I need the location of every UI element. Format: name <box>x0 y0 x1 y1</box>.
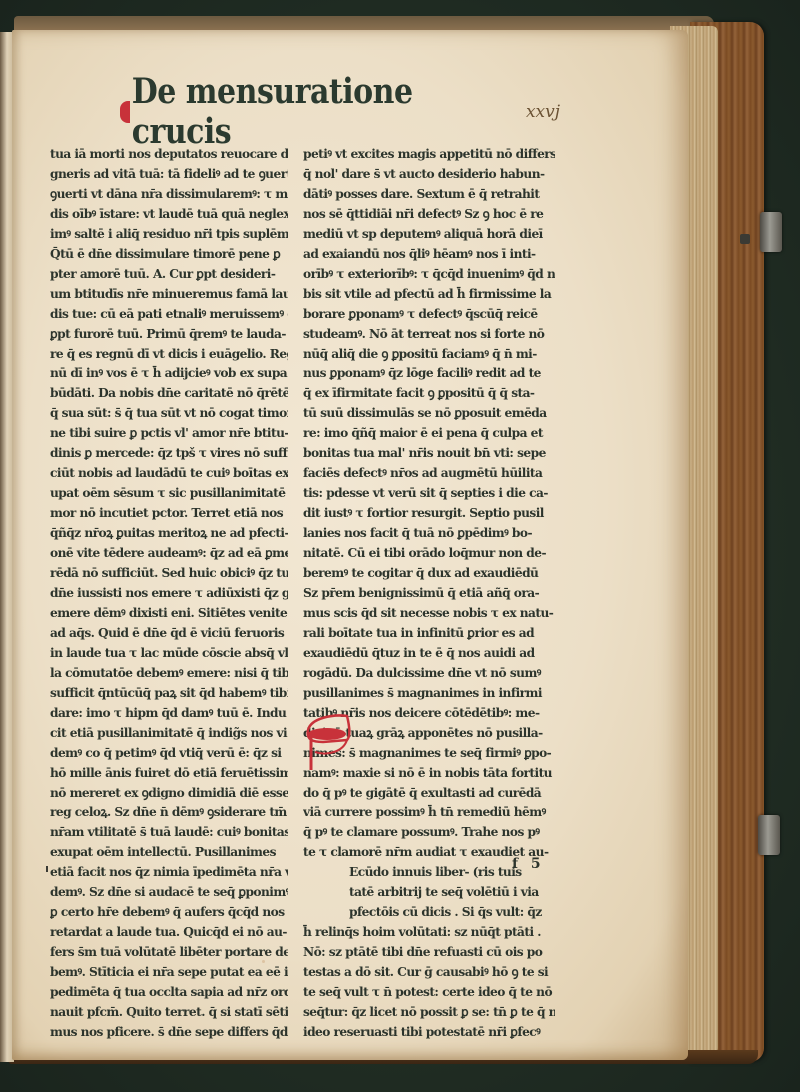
text-line: nauit pfcm̄. Quito terret. q̄ si statī s… <box>50 1003 288 1023</box>
text-line: fers s̄m tuā volūtatē libēter portare de… <box>50 943 288 963</box>
text-line: ad aq̄s. Quid ē dn̄e q̄d ē viciū feruori… <box>50 624 288 644</box>
text-line: mus scis q̄d sit necesse nobis τ ex natu… <box>303 604 555 624</box>
text-line: faciēs defectꝰ nr̄os ad augmētū hūilita <box>303 464 555 484</box>
text-line: tatē arbitrij te seq̄ volētiū i via <box>303 883 555 903</box>
text-line: nō mereret ex ꝯdigno dimidiā diē esse i <box>50 784 288 804</box>
text-line: dis tue: cū eā pati etnaliꝰ meruissemꝰ e… <box>50 305 288 325</box>
text-line: q̄ ex īfirmitate facit ꝯ ꝑpositū q̄ q̄ s… <box>303 384 555 404</box>
text-line: seq̄tur: q̄z licet nō possit ꝑ se: tn̄ ꝑ… <box>303 1003 555 1023</box>
text-line: lanies nos facit q̄ tuā nō ꝑpēdimꝰ bo- <box>303 524 555 544</box>
text-line: dn̄e iussisti nos emere τ adiūxisti q̄z … <box>50 584 288 604</box>
clasp-pin-icon <box>740 234 750 244</box>
signature-mark: f 5 <box>512 856 545 872</box>
text-line: te seq̄ vult τ n̄ potest: certe ideo q̄ … <box>303 983 555 1003</box>
text-line: q̄ sua sūt: s̄ q̄ tua sūt vt nō cogat ti… <box>50 404 288 424</box>
text-line: beremꝰ te cogitar q̄ dux ad exaudiēdū <box>303 564 555 584</box>
text-line: retardat a laude tua. Quicq̄d ei nō au- <box>50 923 288 943</box>
book-cover-top-edge <box>14 16 714 30</box>
text-line: do q̄ pꝰ te gigātē q̄ exultasti ad curēd… <box>303 784 555 804</box>
text-line: la cōmutatōe debemꝰ emere: nisi q̄ tibi <box>50 664 288 684</box>
text-line: pusillanimes s̄ magnanimes in infirmi <box>303 684 555 704</box>
text-line: rēdā nō sufficiūt. Sed huic obiciꝰ q̄z t… <box>50 564 288 584</box>
text-column-right: petiꝰ vt excites magis appetitū nō diffe… <box>303 145 555 1043</box>
text-line: tis: pdesse vt verū sit q̄ septies i die… <box>303 484 555 504</box>
text-line: reg celoꝝ. Sz dn̄e n̄ dēmꝰ ꝯsiderare tm̄ <box>50 803 288 823</box>
text-line: exupat oēm intellectū. Pusillanimes <box>50 843 288 863</box>
text-line: ꝑ certo hr̄e debemꝰ q̄ aufers q̄cq̄d nos <box>50 903 288 923</box>
text-line: nr̄am vtilitatē s̄ tuā laudē: cuiꝰ bonit… <box>50 823 288 843</box>
text-line: exaudiēdū q̄tuz in te ē q̄ nos auidi ad <box>303 644 555 664</box>
text-line: Sz pr̄em benignissimū q̄ etiā añq̄ ora- <box>303 584 555 604</box>
text-line: mus nos pficere. s̄ dn̄e sepe differs q̄… <box>50 1023 288 1043</box>
red-initial-s-icon <box>303 712 353 772</box>
text-line: hō mille ānis fuiret dō etiā feruētissim… <box>50 764 288 784</box>
text-line: nos sē q̄ttidiāi nr̄i defectꝰ Sz ꝯ hoc ē… <box>303 205 555 225</box>
text-line: petiꝰ vt excites magis appetitū nō diffe… <box>303 145 555 165</box>
text-line: um btitudīs nr̄e minueremus famā lau <box>50 285 288 305</box>
ink-mark <box>46 866 48 872</box>
text-line: h̄ relinq̄s hoim volūtati: sz nūq̄t ptāt… <box>303 923 555 943</box>
text-line: gneris ad vitā tuā: tā fideliꝰ ad te ꝯue… <box>50 165 288 185</box>
text-line: cit etiā pusillanimitatē q̄ indig̃s nos … <box>50 724 288 744</box>
text-line: orībꝰ τ exteriorībꝰ: τ q̄cq̄d inuenimꝰ q… <box>303 265 555 285</box>
text-line: q̄ pꝰ te clamare possumꝰ. Trahe nos pꝰ <box>303 823 555 843</box>
text-line: borare ꝑponamꝰ τ defectꝰ q̄scūq̄ reicē <box>303 305 555 325</box>
text-line: demꝰ co q̄ petimꝰ q̄d vtiq̄ verū ē: q̄z … <box>50 744 288 764</box>
text-line: nitatē. Cū ei tibi orādo loq̄mur non de- <box>303 544 555 564</box>
text-line: nus ꝑponamꝰ q̄z lōge faciliꝰ redit ad te <box>303 364 555 384</box>
text-line: mediū vt sp deputemꝰ aliquā horā dieī <box>303 225 555 245</box>
text-line: nū dī inꝰ vos ē τ h̄ adijcieꝰ vob ex sup… <box>50 364 288 384</box>
text-line: dis oībꝰ īstare: vt laudē tuā quā neglex <box>50 205 288 225</box>
text-line: dinis ꝑ mercede: q̄z tpš τ vires nō suff… <box>50 444 288 464</box>
text-line: onē vite tēdere audeamꝰ: q̄z ad eā ꝑme <box>50 544 288 564</box>
text-column-left: tua iā morti nos deputatos reuocare dign… <box>50 145 288 1043</box>
clasp-bottom-icon <box>758 815 780 855</box>
text-line: q̄ nol' dare s̄ vt aucto desiderio habun… <box>303 165 555 185</box>
text-line: upat oēm sēsum τ sic pusillanimitatē ti- <box>50 484 288 504</box>
text-line: viā currere possimꝰ h̄ tn̄ remediū hēmꝰ <box>303 803 555 823</box>
text-line: Q̄tū ē dn̄e dissimulare timorē pene ꝑ <box>50 245 288 265</box>
rubric-mark-icon <box>120 101 130 123</box>
text-line: pter amorē tuū. A. Cur ꝑpt desideri- <box>50 265 288 285</box>
text-line: re q̄ es regnū dī vt dicis i euāgelio. R… <box>50 345 288 365</box>
text-line: bis sit vtile ad pfectū ad h̄ firmissime… <box>303 285 555 305</box>
text-line: imꝰ saltē i aliq̄ residuo nr̄i tpis supl… <box>50 225 288 245</box>
page-heading: De mensuratione crucis xxvj <box>120 88 560 136</box>
text-line: nūq̄ aliq̄ die ꝯ ꝑpositū faciamꝰ q̄ n̄ m… <box>303 345 555 365</box>
text-line: ꝯuerti vt dāna nr̄a dissimularemꝰ: τ mo <box>50 185 288 205</box>
text-line: ne tibi suire ꝑ pctis vl' amor nr̄e btit… <box>50 424 288 444</box>
text-line: dare: imo τ hipm q̄d damꝰ tuū ē. Indu <box>50 704 288 724</box>
illuminated-initial <box>303 712 353 770</box>
clasp-top-icon <box>760 212 782 252</box>
text-line: bonitas tua mal' nr̄is nouit bn̄ vti: se… <box>303 444 555 464</box>
text-line: bemꝰ. Stīticia ei nr̄a sepe putat ea eē … <box>50 963 288 983</box>
text-line: sufficit q̄ntūcūq̄ paꝝ sit q̄d habemꝰ ti… <box>50 684 288 704</box>
running-title: De mensuratione crucis <box>132 72 512 153</box>
text-line: re: imo q̄ñq̄ maior ē ei pena q̄ culpa e… <box>303 424 555 444</box>
text-line: ꝑpt furorē tuū. Primū q̄remꝰ te lauda- <box>50 325 288 345</box>
text-line: etiā facit nos q̄z nimia īpedimēta nr̄a … <box>50 863 288 883</box>
folio-number: xxvj <box>526 102 560 122</box>
text-line: pedimēta q̄ tua occlta sapia ad nr̄z ord… <box>50 983 288 1003</box>
text-line: studeamꝰ. Nō āt terreat nos si forte nō <box>303 325 555 345</box>
text-line: tū suū dissimulās se nō ꝑposuit emēda <box>303 404 555 424</box>
text-line: dātiꝰ posses dare. Sextum ē q̄ retrahit <box>303 185 555 205</box>
text-line: rogādū. Da dulcissime dn̄e vt nō sumꝰ <box>303 664 555 684</box>
text-line: ciūt nobis ad laudādū te cuiꝰ boītas ex- <box>50 464 288 484</box>
text-line: dit iustꝰ τ fortior resurgit. Septio pus… <box>303 504 555 524</box>
text-line: būdāti. Da nobis dn̄e caritatē nō q̄rētē <box>50 384 288 404</box>
text-line: testas a dō sit. Cur ḡ causabiꝰ hō ꝯ te … <box>303 963 555 983</box>
text-line: ideo reseruasti tibi potestatē nr̄i ꝑfec… <box>303 1023 555 1043</box>
text-line: demꝰ. Sz dn̄e si audacē te seq̄ ꝑponimꝰ <box>50 883 288 903</box>
text-line: rali boītate tua in infinitū ꝑrior es ad <box>303 624 555 644</box>
text-line: mor nō incutiet pctor. Terret etiā nos <box>50 504 288 524</box>
text-line: in laude tua τ lac mūde cōscie absq̄ vl- <box>50 644 288 664</box>
text-line: tua iā morti nos deputatos reuocare di <box>50 145 288 165</box>
text-line: pfectōis cū dicis . Si q̄s vult: q̄z <box>303 903 555 923</box>
text-line: Nō: sz ptātē tibi dn̄e refuasti cū ois p… <box>303 943 555 963</box>
text-line: q̄ñq̄z nr̄oꝝ ꝑuitas meritoꝝ ne ad pfecti… <box>50 524 288 544</box>
text-line: ad exaiandū nos q̄liꝰ hēamꝰ nos ī inti- <box>303 245 555 265</box>
text-line: emere dēmꝰ dixisti eni. Sitiētes venite <box>50 604 288 624</box>
